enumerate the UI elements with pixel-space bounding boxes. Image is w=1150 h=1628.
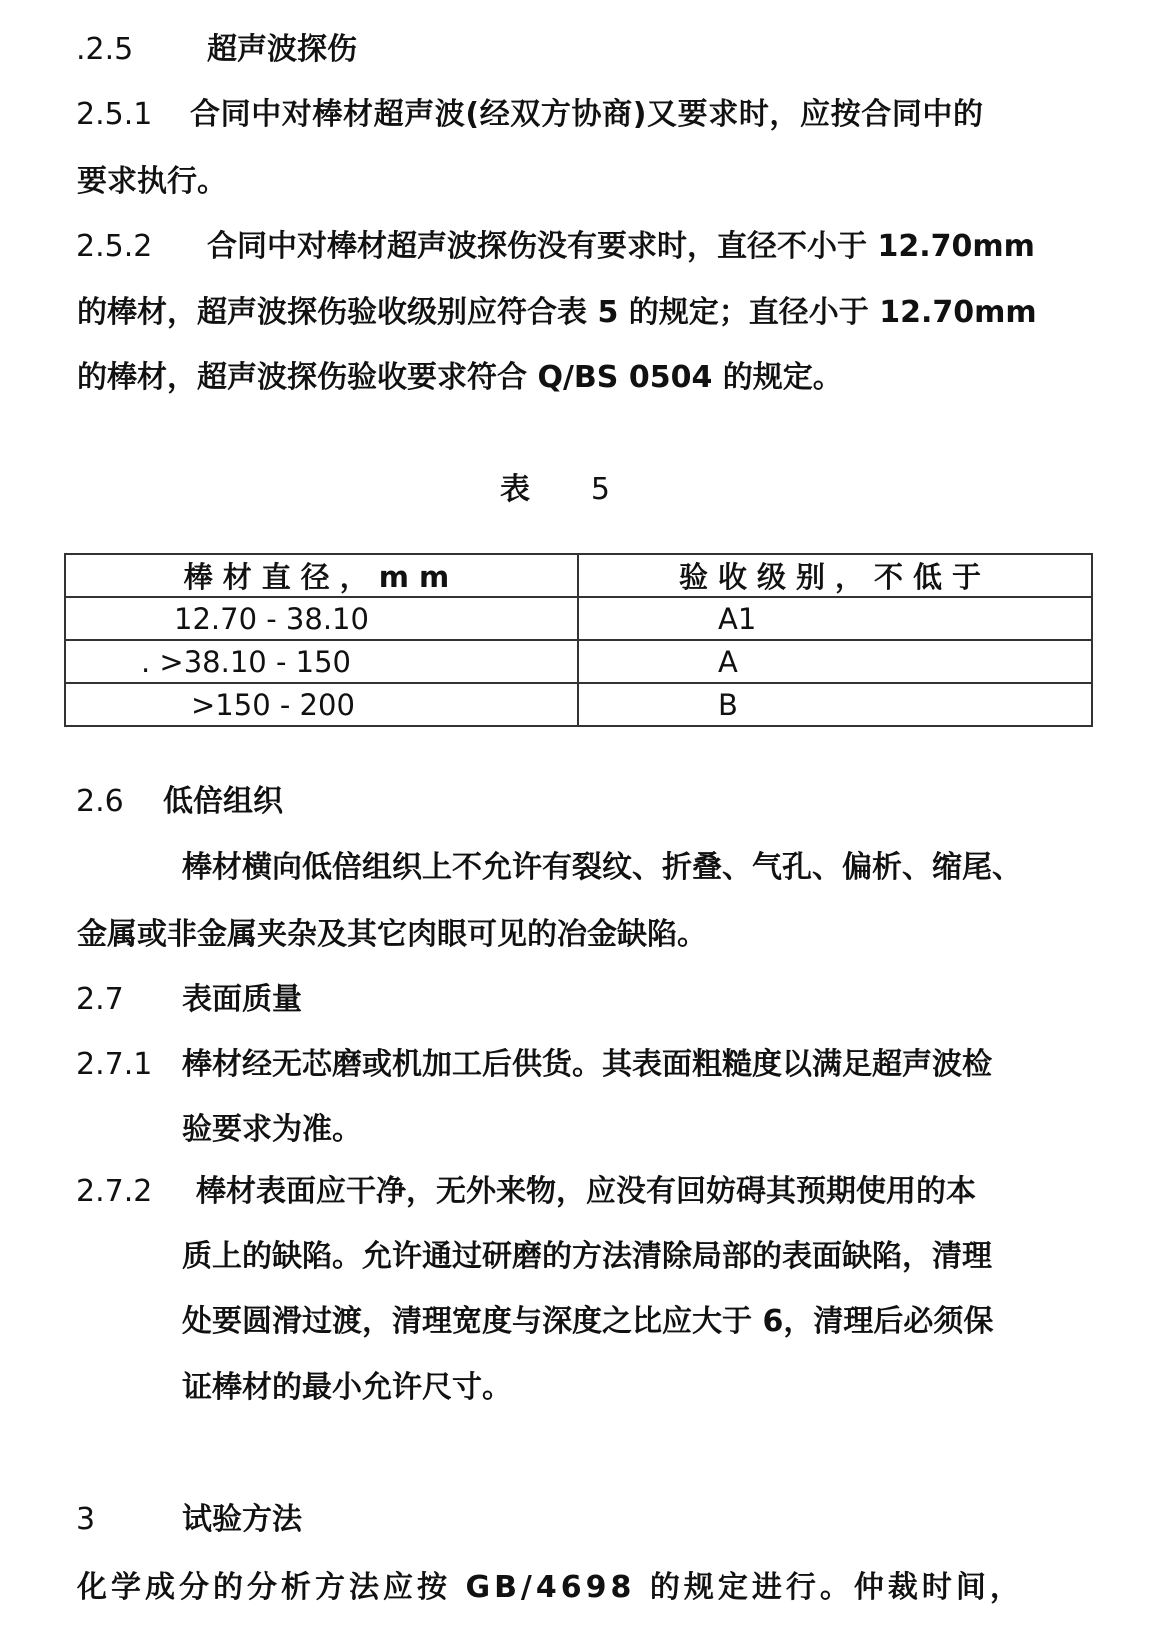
section-title: 超声波探伤 [207, 30, 357, 70]
cell-level: A [578, 640, 1092, 683]
clause-text: 验要求为准。 [182, 1110, 362, 1150]
section-title: 表面质量 [182, 980, 302, 1020]
cell-diameter: >150 - 200 [65, 683, 578, 726]
paragraph-text: 棒材横向低倍组织上不允许有裂纹、折叠、气孔、偏析、缩尾、 [182, 848, 1022, 888]
clause-number: 2.7.2 [76, 1172, 152, 1212]
section-number: .2.5 [76, 30, 133, 70]
clause-text: 的棒材，超声波探伤验收要求符合 Q/BS 0504 的规定。 [77, 358, 843, 398]
clause-text: 合同中对棒材超声波探伤没有要求时，直径不小于 12.70mm [207, 227, 1035, 267]
table-caption-number: 5 [591, 472, 610, 507]
header-bar-diameter: 棒材直径，mm [65, 554, 578, 597]
clause-text: 合同中对棒材超声波(经双方协商)又要求时，应按合同中的 [190, 95, 984, 135]
clause-text: 处要圆滑过渡，清理宽度与深度之比应大于 6，清理后必须保 [182, 1302, 993, 1342]
clause-number: 2.5.1 [76, 95, 152, 135]
cell-level: A1 [578, 597, 1092, 640]
table-header-row: 棒材直径，mm 验收级别，不低于 [65, 554, 1092, 597]
header-acceptance-level: 验收级别，不低于 [578, 554, 1092, 597]
clause-text: 要求执行。 [77, 162, 227, 202]
clause-number: 2.5.2 [76, 227, 152, 267]
section-title: 试验方法 [182, 1500, 302, 1540]
cell-diameter: 12.70 - 38.10 [65, 597, 578, 640]
clause-text: 证棒材的最小允许尺寸。 [182, 1368, 512, 1408]
clause-number: 2.7.1 [76, 1045, 152, 1085]
clause-text: 质上的缺陷。允许通过研磨的方法清除局部的表面缺陷，清理 [182, 1237, 992, 1277]
clause-text: 棒材表面应干净，无外来物，应没有回妨碍其预期使用的本 [196, 1172, 976, 1212]
section-number: 2.6 [76, 782, 124, 822]
paragraph-text: 化学成分的分析方法应按 GB/4698 的规定进行。仲裁时间， [77, 1568, 1024, 1608]
clause-text: 棒材经无芯磨或机加工后供货。其表面粗糙度以满足超声波检 [182, 1045, 992, 1085]
cell-diameter: . >38.10 - 150 [65, 640, 578, 683]
table-5: 棒材直径，mm 验收级别，不低于 12.70 - 38.10 A1 . >38.… [64, 553, 1093, 727]
clause-text: 的棒材，超声波探伤验收级别应符合表 5 的规定；直径小于 12.70mm [77, 293, 1037, 333]
section-number: 3 [76, 1500, 95, 1540]
cell-level: B [578, 683, 1092, 726]
table-caption: 表 5 [500, 470, 610, 510]
paragraph-text: 金属或非金属夹杂及其它肉眼可见的冶金缺陷。 [77, 915, 707, 955]
section-number: 2.7 [76, 980, 124, 1020]
table-row: . >38.10 - 150 A [65, 640, 1092, 683]
table-caption-word: 表 [500, 472, 530, 507]
section-title: 低倍组织 [163, 782, 283, 822]
table-row: 12.70 - 38.10 A1 [65, 597, 1092, 640]
table-row: >150 - 200 B [65, 683, 1092, 726]
